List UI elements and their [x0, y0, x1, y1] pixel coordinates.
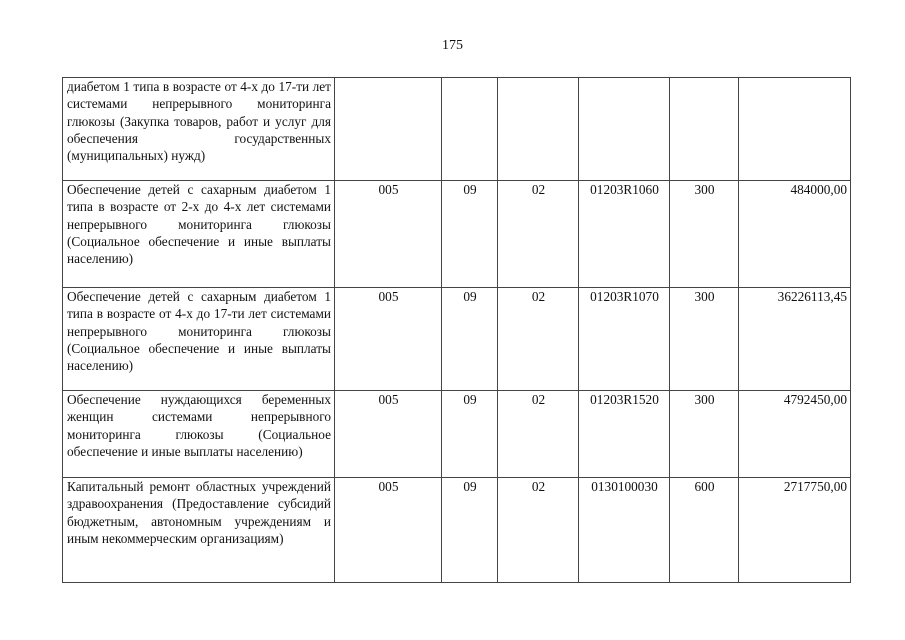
subsection-code: 02 — [498, 391, 579, 478]
expense-type-code: 300 — [670, 288, 739, 391]
table-row: Обеспечение детей с сахарным диабетом 1 … — [63, 288, 851, 391]
table-row: диабетом 1 типа в возрасте от 4-х до 17-… — [63, 78, 851, 181]
expense-type-code: 300 — [670, 391, 739, 478]
ministry-code: 005 — [335, 391, 442, 478]
target-article-code: 0130100030 — [579, 478, 670, 583]
target-article-code: 01203R1520 — [579, 391, 670, 478]
amount: 36226113,45 — [739, 288, 851, 391]
budget-table: диабетом 1 типа в возрасте от 4-х до 17-… — [62, 77, 851, 583]
expense-type-code: 300 — [670, 181, 739, 288]
ministry-code: 005 — [335, 478, 442, 583]
expense-type-code — [670, 78, 739, 181]
table-row: Обеспечение детей с сахарным диабетом 1 … — [63, 181, 851, 288]
section-code: 09 — [442, 288, 498, 391]
subsection-code: 02 — [498, 181, 579, 288]
expense-type-code: 600 — [670, 478, 739, 583]
section-code: 09 — [442, 478, 498, 583]
ministry-code: 005 — [335, 181, 442, 288]
ministry-code: 005 — [335, 288, 442, 391]
section-code: 09 — [442, 181, 498, 288]
subsection-code: 02 — [498, 478, 579, 583]
row-description: Обеспечение детей с сахарным диабетом 1 … — [63, 181, 335, 288]
subsection-code — [498, 78, 579, 181]
subsection-code: 02 — [498, 288, 579, 391]
amount: 4792450,00 — [739, 391, 851, 478]
row-description: Капитальный ремонт областных учреждений … — [63, 478, 335, 583]
section-code: 09 — [442, 391, 498, 478]
target-article-code: 01203R1060 — [579, 181, 670, 288]
target-article-code — [579, 78, 670, 181]
amount: 484000,00 — [739, 181, 851, 288]
page-number: 175 — [0, 38, 905, 54]
table-row: Капитальный ремонт областных учреждений … — [63, 478, 851, 583]
target-article-code: 01203R1070 — [579, 288, 670, 391]
table-row: Обеспечение нуждающихся беременных женщи… — [63, 391, 851, 478]
row-description: диабетом 1 типа в возрасте от 4-х до 17-… — [63, 78, 335, 181]
row-description: Обеспечение нуждающихся беременных женщи… — [63, 391, 335, 478]
section-code — [442, 78, 498, 181]
ministry-code — [335, 78, 442, 181]
amount — [739, 78, 851, 181]
amount: 2717750,00 — [739, 478, 851, 583]
row-description: Обеспечение детей с сахарным диабетом 1 … — [63, 288, 335, 391]
